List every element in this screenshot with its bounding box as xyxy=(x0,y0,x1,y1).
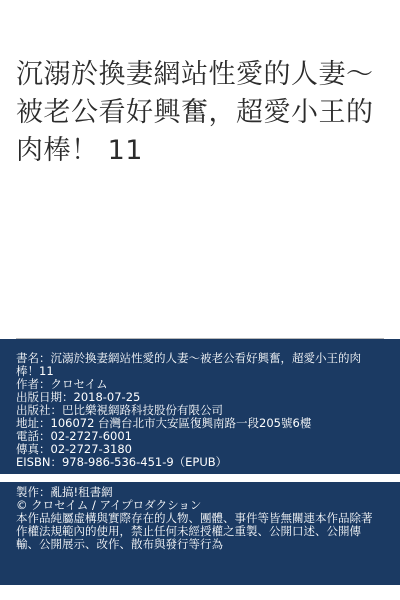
publication-info-block: 書名：沉溺於換妻網站性愛的人妻～被老公看好興奮，超愛小王的肉棒！11 作者：クロ… xyxy=(0,339,400,474)
production-line-disclaimer: 本作品純屬虛構與實際存在的人物、團體、事件等皆無關連本作品除著作權法規範內的使用… xyxy=(16,512,376,551)
production-credits-block: 製作：亂搞!租書網 © クロセイム / アイプロダクション 本作品純屬虛構與實際… xyxy=(0,482,400,585)
colophon-line-book-name: 書名：沉溺於換妻網站性愛的人妻～被老公看好興奮，超愛小王的肉棒！11 xyxy=(16,352,376,378)
colophon-line-eisbn: EISBN：978-986-536-451-9（EPUB） xyxy=(16,456,376,469)
ebook-colophon-page: 沉溺於換妻網站性愛的人妻～被老公看好興奮，超愛小王的肉棒！ 11 書名：沉溺於換… xyxy=(0,0,400,600)
book-title: 沉溺於換妻網站性愛的人妻～被老公看好興奮，超愛小王的肉棒！ 11 xyxy=(16,56,384,170)
